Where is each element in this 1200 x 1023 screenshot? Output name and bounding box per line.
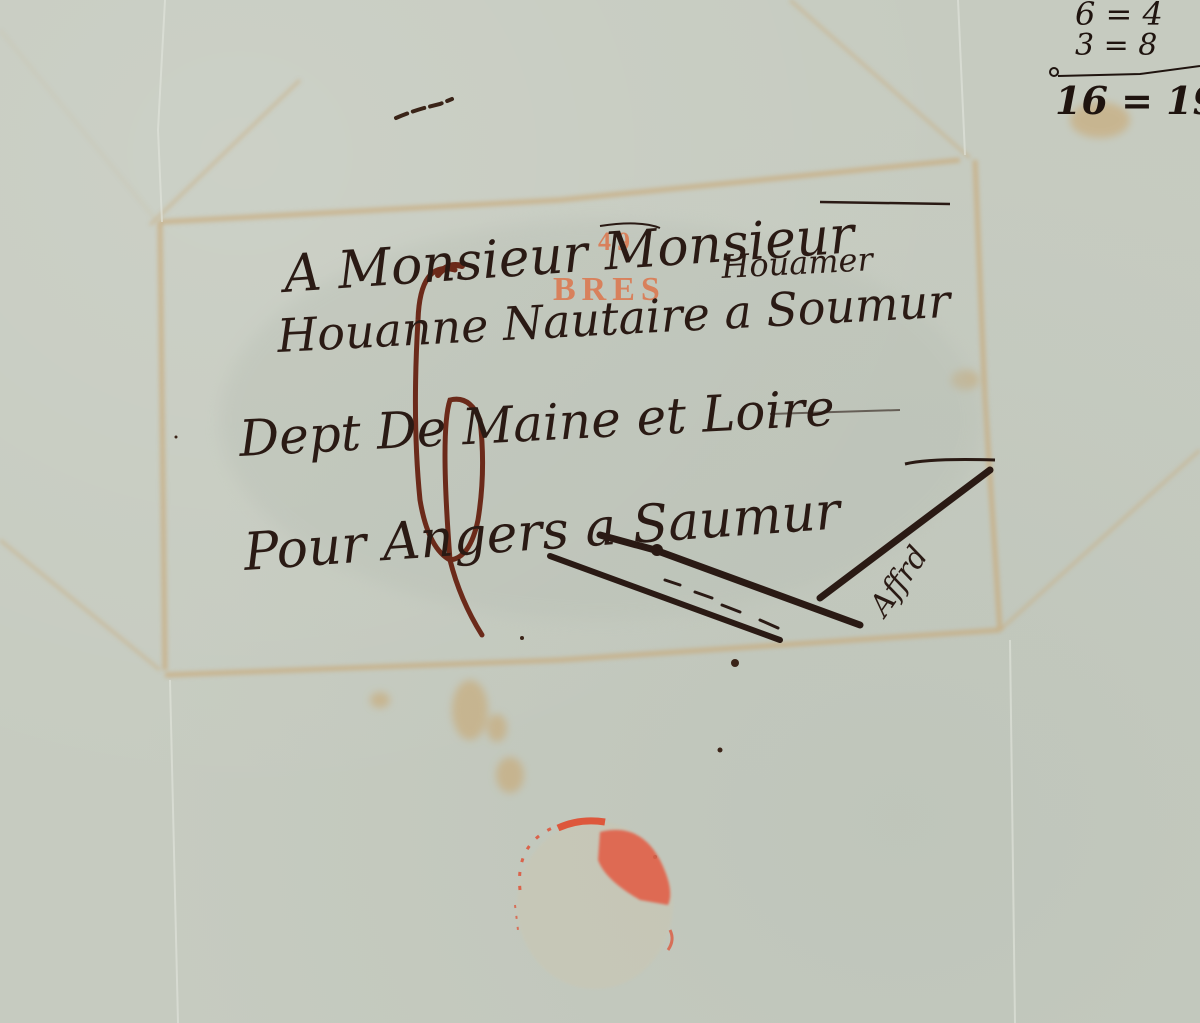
letter-sheet: 6 = 4 3 = 8 16 = 19 49 BRES 6 A Monsieur… xyxy=(0,0,1200,1023)
wax-seal: Red wax seal remnant xyxy=(0,0,1200,1023)
